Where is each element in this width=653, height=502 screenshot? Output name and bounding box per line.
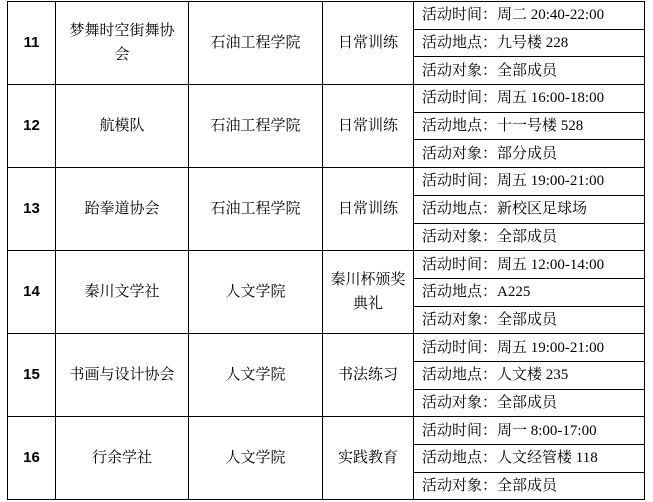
activity-name: 实践教育 — [323, 417, 414, 500]
row-number: 13 — [8, 168, 56, 251]
college-name: 人文学院 — [189, 417, 323, 500]
club-activity-table: 11 梦舞时空街舞协会 石油工程学院 日常训练 活动时间：周二 20:40-22… — [7, 1, 645, 500]
row-number: 14 — [8, 251, 56, 334]
row-number: 11 — [8, 2, 56, 85]
activity-place: 活动地点：十一号楼 528 — [414, 112, 645, 140]
activity-place: 活动地点：新校区足球场 — [414, 195, 645, 223]
row-number: 15 — [8, 334, 56, 417]
activity-time: 活动时间：周五 12:00-14:00 — [414, 251, 645, 279]
activity-name: 秦川杯颁奖典礼 — [323, 251, 414, 334]
activity-name: 日常训练 — [323, 85, 414, 168]
club-name: 航模队 — [56, 85, 189, 168]
document-page: 11 梦舞时空街舞协会 石油工程学院 日常训练 活动时间：周二 20:40-22… — [0, 0, 653, 502]
club-name: 跆拳道协会 — [56, 168, 189, 251]
activity-target: 活动对象：全部成员 — [414, 389, 645, 417]
activity-time: 活动时间：周五 19:00-21:00 — [414, 334, 645, 362]
club-name: 梦舞时空街舞协会 — [56, 2, 189, 85]
table-row: 14 秦川文学社 人文学院 秦川杯颁奖典礼 活动时间：周五 12:00-14:0… — [8, 251, 645, 279]
row-number: 12 — [8, 85, 56, 168]
table-row: 15 书画与设计协会 人文学院 书法练习 活动时间：周五 19:00-21:00 — [8, 334, 645, 362]
table-row: 11 梦舞时空街舞协会 石油工程学院 日常训练 活动时间：周二 20:40-22… — [8, 2, 645, 30]
table-row: 12 航模队 石油工程学院 日常训练 活动时间：周五 16:00-18:00 — [8, 85, 645, 113]
table-row: 13 跆拳道协会 石油工程学院 日常训练 活动时间：周五 19:00-21:00 — [8, 168, 645, 196]
table-row: 16 行余学社 人文学院 实践教育 活动时间：周一 8:00-17:00 — [8, 417, 645, 445]
activity-place: 活动地点：人文楼 235 — [414, 361, 645, 389]
college-name: 石油工程学院 — [189, 2, 323, 85]
activity-time: 活动时间：周二 20:40-22:00 — [414, 2, 645, 30]
activity-time: 活动时间：周一 8:00-17:00 — [414, 417, 645, 445]
activity-target: 活动对象：全部成员 — [414, 223, 645, 251]
activity-target: 活动对象：全部成员 — [414, 57, 645, 85]
activity-target: 活动对象：部分成员 — [414, 140, 645, 168]
activity-place: 活动地点：A225 — [414, 278, 645, 306]
club-name: 秦川文学社 — [56, 251, 189, 334]
activity-time: 活动时间：周五 19:00-21:00 — [414, 168, 645, 196]
club-name: 行余学社 — [56, 417, 189, 500]
activity-name: 日常训练 — [323, 2, 414, 85]
activity-time: 活动时间：周五 16:00-18:00 — [414, 85, 645, 113]
activity-place: 活动地点：人文经管楼 118 — [414, 445, 645, 473]
club-name: 书画与设计协会 — [56, 334, 189, 417]
row-number: 16 — [8, 417, 56, 500]
college-name: 人文学院 — [189, 251, 323, 334]
college-name: 石油工程学院 — [189, 85, 323, 168]
activity-name: 书法练习 — [323, 334, 414, 417]
activity-target: 活动对象：全部成员 — [414, 306, 645, 334]
college-name: 石油工程学院 — [189, 168, 323, 251]
college-name: 人文学院 — [189, 334, 323, 417]
activity-target: 活动对象：全部成员 — [414, 472, 645, 500]
activity-place: 活动地点：九号楼 228 — [414, 29, 645, 57]
activity-name: 日常训练 — [323, 168, 414, 251]
